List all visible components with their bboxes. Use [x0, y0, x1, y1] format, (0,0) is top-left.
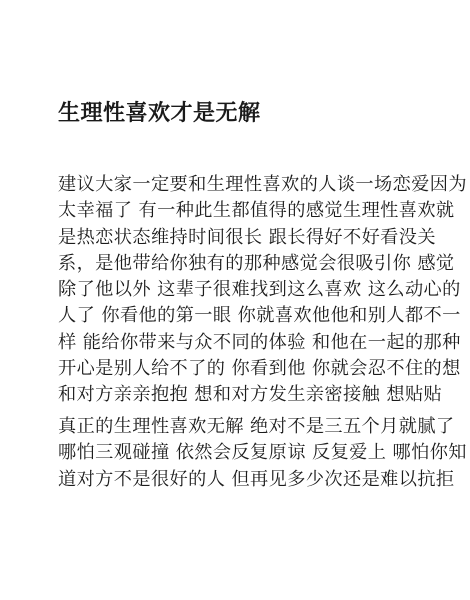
text-line: 除了他以外 这辈子很难找到这么喜欢 这么动心的	[58, 277, 438, 303]
text-line: 是热恋状态维持时间很长 跟长得好不好看没关	[58, 225, 438, 251]
text-line: 系，是他带给你独有的那种感觉会很吸引你 感觉	[58, 251, 438, 277]
text-line: 开心是别人给不了的 你看到他 你就会忍不住的想	[58, 356, 438, 382]
text-line: 哪怕三观碰撞 依然会反复原谅 反复爱上 哪怕你知	[58, 440, 438, 466]
paragraph-1: 建议大家一定要和生理性喜欢的人谈一场恋爱因为 太幸福了 有一种此生都值得的感觉生…	[58, 172, 438, 409]
page-title: 生理性喜欢才是无解	[58, 99, 261, 129]
paragraph-2: 真正的生理性喜欢无解 绝对不是三五个月就腻了 哪怕三观碰撞 依然会反复原谅 反复…	[58, 414, 438, 493]
text-line: 样 能给你带来与众不同的体验 和他在一起的那种	[58, 330, 438, 356]
text-line: 太幸福了 有一种此生都值得的感觉生理性喜欢就	[58, 198, 438, 224]
text-line: 真正的生理性喜欢无解 绝对不是三五个月就腻了	[58, 414, 438, 440]
text-line: 人了 你看他的第一眼 你就喜欢他他和别人都不一	[58, 303, 438, 329]
text-line: 建议大家一定要和生理性喜欢的人谈一场恋爱因为	[58, 172, 438, 198]
text-line: 道对方不是很好的人 但再见多少次还是难以抗拒	[58, 467, 438, 493]
text-line: 和对方亲亲抱抱 想和对方发生亲密接触 想贴贴	[58, 382, 438, 408]
